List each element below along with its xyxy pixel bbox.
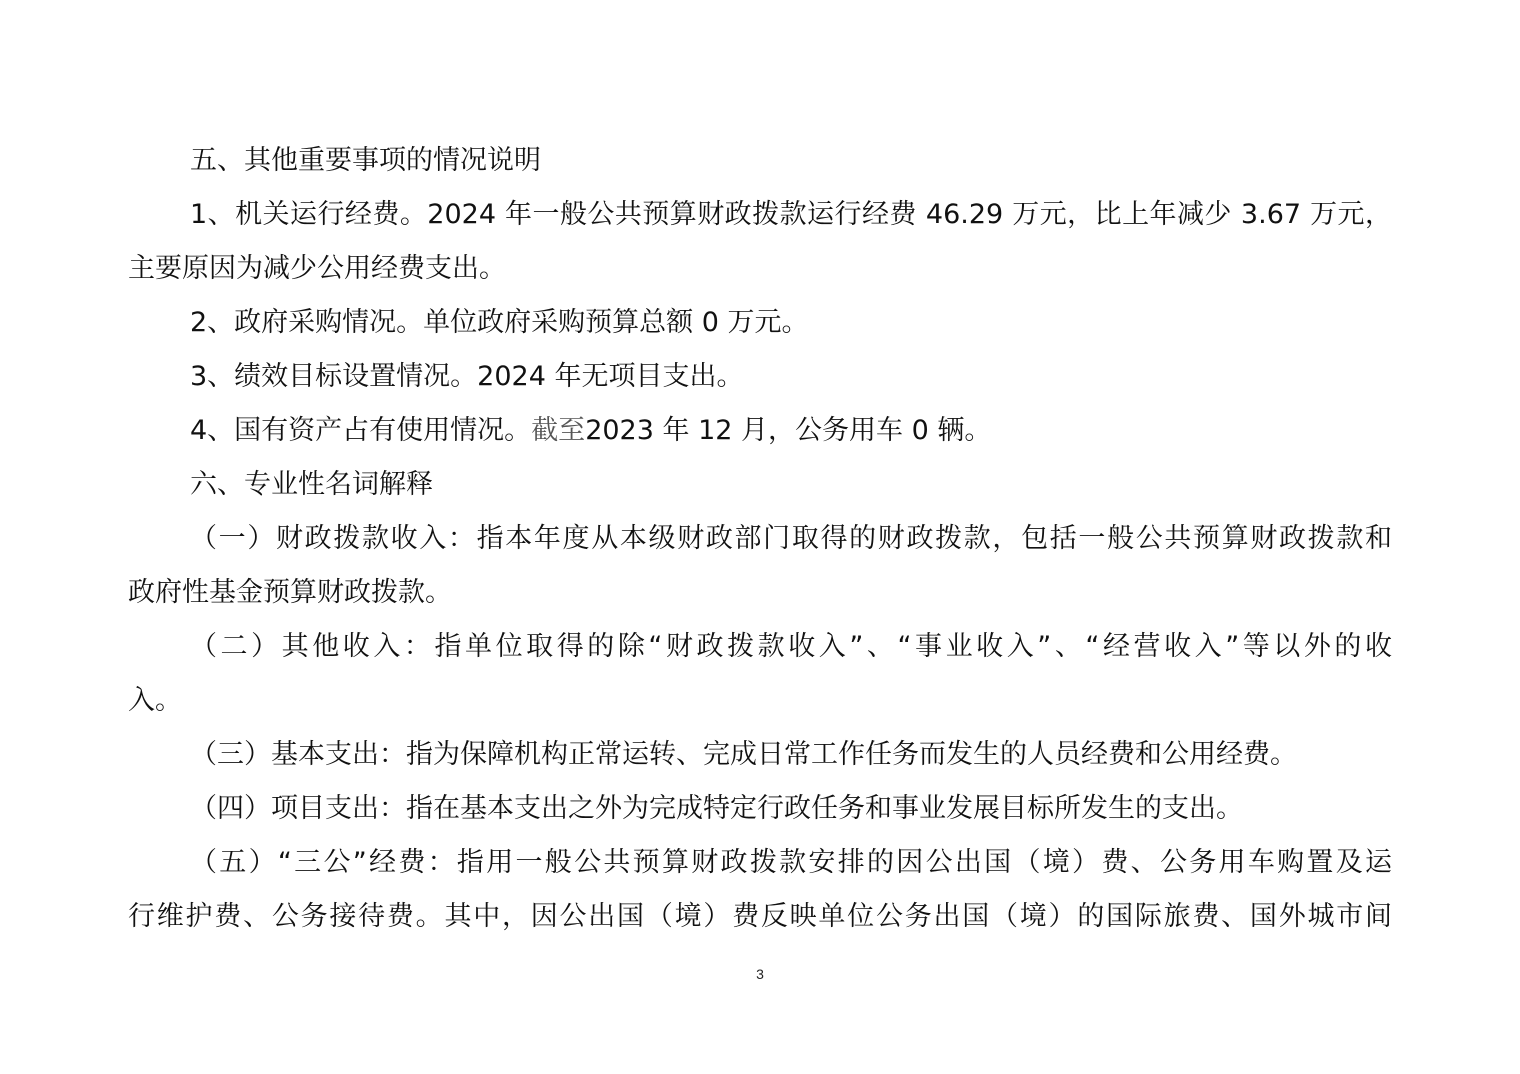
definition-three-public-expenses-line2: 行维护费、公务接待费。其中，因公出国（境）费反映单位公务出国（境）的国际旅费、国… xyxy=(128,890,1392,944)
definition-fiscal-appropriation-line1: （一）财政拨款收入：指本年度从本级财政部门取得的财政拨款，包括一般公共预算财政拨… xyxy=(128,512,1392,566)
paragraph-state-assets: 4、国有资产占有使用情况。截至2023 年 12 月，公务用车 0 辆。 xyxy=(128,404,1392,458)
paragraph-procurement: 2、政府采购情况。单位政府采购预算总额 0 万元。 xyxy=(128,296,1392,350)
page-number: 3 xyxy=(0,966,1520,982)
state-assets-as-of: 截至 xyxy=(531,415,585,446)
definition-fiscal-appropriation-line2: 政府性基金预算财政拨款。 xyxy=(128,566,1392,620)
section-heading-terminology: 六、专业性名词解释 xyxy=(128,458,1392,512)
definition-other-income-line2: 入。 xyxy=(128,674,1392,728)
state-assets-prefix: 4、国有资产占有使用情况。 xyxy=(190,415,531,446)
paragraph-operating-expenses-line1: 1、机关运行经费。2024 年一般公共预算财政拨款运行经费 46.29 万元，比… xyxy=(128,188,1392,242)
definition-project-expenditure: （四）项目支出：指在基本支出之外为完成特定行政任务和事业发展目标所发生的支出。 xyxy=(128,782,1392,836)
definition-other-income-line1: （二）其他收入：指单位取得的除“财政拨款收入”、“事业收入”、“经营收入”等以外… xyxy=(128,620,1392,674)
paragraph-performance-targets: 3、绩效目标设置情况。2024 年无项目支出。 xyxy=(128,350,1392,404)
section-heading-other-matters: 五、其他重要事项的情况说明 xyxy=(128,134,1392,188)
definition-three-public-expenses-line1: （五）“三公”经费：指用一般公共预算财政拨款安排的因公出国（境）费、公务用车购置… xyxy=(128,836,1392,890)
definition-basic-expenditure: （三）基本支出：指为保障机构正常运转、完成日常工作任务而发生的人员经费和公用经费… xyxy=(128,728,1392,782)
state-assets-suffix: 2023 年 12 月，公务用车 0 辆。 xyxy=(585,415,991,446)
paragraph-operating-expenses-line2: 主要原因为减少公用经费支出。 xyxy=(128,242,1392,296)
document-body: 五、其他重要事项的情况说明 1、机关运行经费。2024 年一般公共预算财政拨款运… xyxy=(128,134,1392,944)
